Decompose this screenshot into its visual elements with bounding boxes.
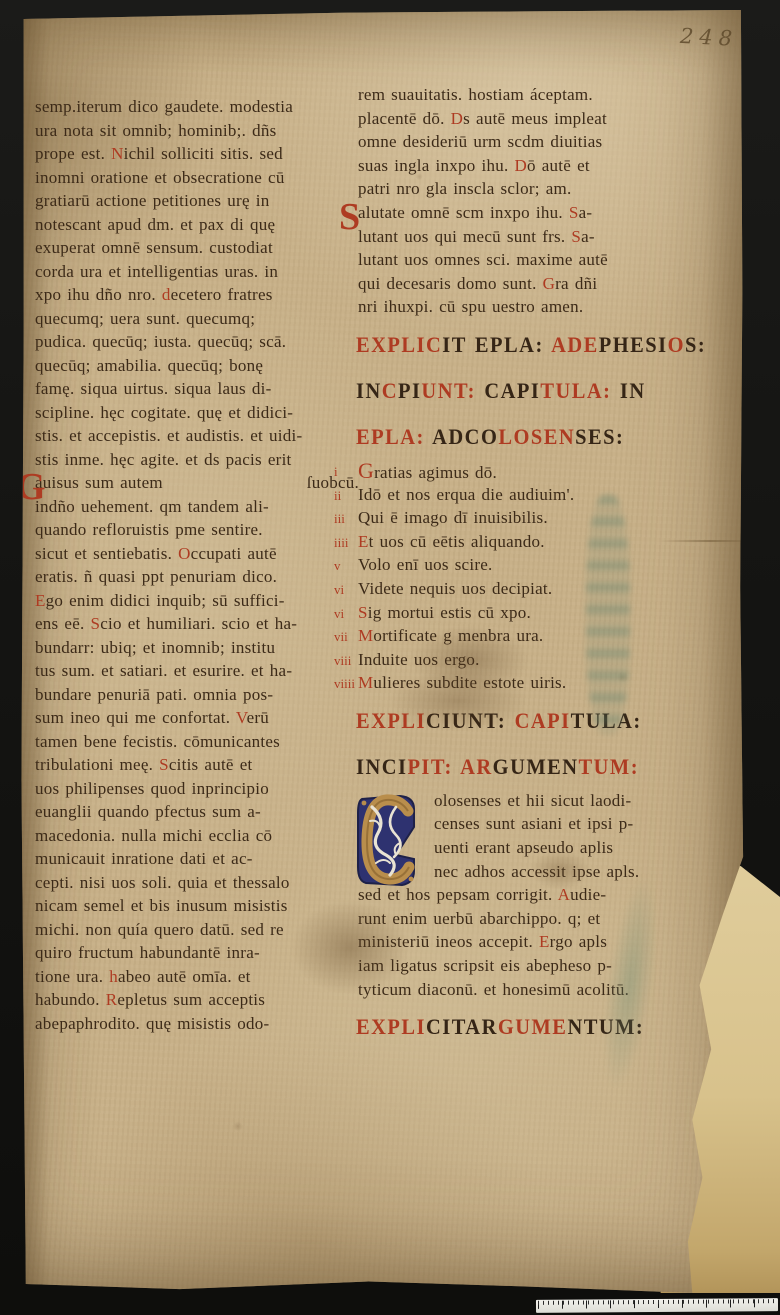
text-line: ens eē. Scio et humiliari. scio et ha- [35, 612, 363, 636]
text-line: sicut et sentiebatis. Occupati autē [35, 542, 363, 566]
text-line: iiiQui ē imago dī inuisibilis. [358, 506, 710, 530]
text-line: nicam semel et bis inusum misistis [35, 894, 363, 918]
text-line: tione ura. habeo autē omīa. et [35, 965, 363, 989]
text-line: nec adhos accessit ipse apls. [358, 860, 710, 884]
text-line: cepti. nisi uos soli. quia et thessalo [35, 871, 363, 895]
text-line: stis inme. hęc agite. et ds pacis erit [35, 448, 363, 472]
text-line: olosenses et hii sicut laodi- [358, 789, 710, 813]
rubric-line: EXPLICIUNT: CAPITULA: [356, 701, 685, 741]
text-column-left: semp.iterum dico gaudete. modestiaura no… [35, 95, 363, 1035]
fold-crease [660, 540, 760, 542]
chapter-numeral: vi [334, 602, 344, 626]
text-line: tamen bene fecistis. cōmunicantes [35, 730, 363, 754]
text-line: exuperat omnē sensum. custodiat [35, 236, 363, 260]
text-line: quecumq; uera sunt. quecumq; [35, 307, 363, 331]
chapter-numeral: i [334, 460, 338, 484]
text-line: uos philipenses quod inprincipio [35, 777, 363, 801]
text-line: viiiiMulieres subdite estote uiris. [358, 671, 710, 695]
text-line: quecūq; amabilia. quecūq; bonę [35, 354, 363, 378]
text-line: runt enim uerbū abarchippo. q; et [358, 907, 710, 931]
text-line: lutant uos omnes sci. maxime autē [358, 248, 710, 272]
text-line: pudica. quecūq; iusta. quecūq; scā. [35, 330, 363, 354]
text-line: patri nro gla inscla sclor; am. [358, 177, 710, 201]
text-line: abepaphrodito. quę misistis odo- [35, 1012, 363, 1036]
text-line: qui decesaris domo sunt. Gra dñi [358, 272, 710, 296]
text-line: euanglii quando pfectus sum a- [35, 800, 363, 824]
text-line: bundarr: ubiq; et inomnib; institu [35, 636, 363, 660]
rubric-line: EPLA: ADCOLOSENSES: [356, 417, 685, 457]
text-line: quando refloruistis pme sentire. [35, 518, 363, 542]
text-line: habundo. Repletus sum acceptis [35, 988, 363, 1012]
text-line: indño uehement. qm tandem ali- [35, 495, 363, 519]
text-line: tribulationi meę. Scitis autē et [35, 753, 363, 777]
scale-ruler [536, 1298, 778, 1313]
text-line: corda ura et intelligentias uras. in [35, 260, 363, 284]
text-line: iiiiEt uos cū eētis aliquando. [358, 530, 710, 554]
rubric-line: EXPLICIT EPLA: ADEPHESIOS: [356, 325, 685, 365]
text-line: placentē dō. Ds autē meus impleat [358, 107, 710, 131]
chapter-numeral: ii [334, 484, 341, 508]
line-filler-text: ſuobcū. [307, 471, 359, 495]
folio-number: 248 [679, 24, 760, 52]
text-line: stis. et accepistis. et audistis. et uid… [35, 424, 363, 448]
text-line: ura nota sit omnib; hominib;. dñs [35, 119, 363, 143]
text-line: Ego enim didici inquib; sū suffici- [35, 589, 363, 613]
chapter-numeral: vii [334, 625, 348, 649]
text-line: tus sum. et satiari. et esurire. et ha- [35, 659, 363, 683]
text-line: scipline. hęc cogitate. quę et didici- [35, 401, 363, 425]
text-line: sum ineo qui me confortat. Verū [35, 706, 363, 730]
chapter-numeral: iiii [334, 531, 348, 555]
text-line: tyticum diaconū. et honesimū acolitū. [358, 978, 710, 1002]
text-line: famę. siqua uirtus. siqua laus di- [35, 377, 363, 401]
text-line: vVolo enī uos scire. [358, 553, 710, 577]
rubric-line: INCIPIT: ARGUMENTUM: [356, 747, 685, 787]
parchment-page: 248 semp.iterum dico gaudete. modestiaur… [20, 10, 746, 1293]
text-line: rem suauitatis. hostiam áceptam. [358, 83, 710, 107]
chapter-numeral: viiii [334, 672, 355, 696]
text-line: notescant apud dm. et pax di quę [35, 213, 363, 237]
text-line: iiIdō et nos erqua die audiuim'. [358, 483, 710, 507]
text-line: inomni oratione et obsecratione cū [35, 166, 363, 190]
text-line: suas ingla inxpo ihu. Dō autē et [358, 154, 710, 178]
text-line: viiMortificate g menbra ura. [358, 624, 710, 648]
text-line: Salutate omnē scm inxpo ihu. Sa- [358, 201, 710, 225]
text-line: iam ligatus scripsit eis abepheso p- [358, 954, 710, 978]
text-line: viSig mortui estis cū xpo. [358, 601, 710, 625]
chapter-numeral: viii [334, 649, 351, 673]
text-line: michi. non quía quero datū. sed re [35, 918, 363, 942]
text-line: bundare penuriā pati. omnia pos- [35, 683, 363, 707]
rubric-line: INCPIUNT: CAPITULA: IN [356, 371, 685, 411]
text-column-right: C rem suauitatis. hostiam áceptam.placen… [358, 83, 710, 1049]
text-line: sed et hos pepsam corrigit. Audie- [358, 883, 710, 907]
text-line: quiro fructum habundantē inra- [35, 941, 363, 965]
text-line: omne desideriū urm scdm diuitias [358, 130, 710, 154]
text-line: Gauisus sum autemſuobcū. [35, 471, 363, 495]
text-line: viiiInduite uos ergo. [358, 648, 710, 672]
chapter-numeral: iii [334, 507, 345, 531]
text-line: xpo ihu dño nro. decetero fratres [35, 283, 363, 307]
text-line: iGratias agimus dō. [358, 459, 710, 483]
text-line: eratis. ñ quasi ppt penuriam dico. [35, 565, 363, 589]
text-line: gratiarū actione petitiones urę in [35, 189, 363, 213]
manuscript-photo: { "page": { "kind": "medieval manuscript… [0, 0, 780, 1315]
text-line: censes sunt asiani et ipsi p- [358, 812, 710, 836]
chapter-numeral: vi [334, 578, 344, 602]
text-line: viVidete nequis uos decipiat. [358, 577, 710, 601]
text-line: municauit inratione dati et ac- [35, 847, 363, 871]
text-line: uenti erant apseudo aplis [358, 836, 710, 860]
text-line: lutant uos qui mecū sunt frs. Sa- [358, 225, 710, 249]
text-line: semp.iterum dico gaudete. modestia [35, 95, 363, 119]
rubric-line: EXPLICITARGUMENTUM: [356, 1007, 685, 1047]
text-line: nri ihuxpi. cū spu uestro amen. [358, 295, 710, 319]
text-line: macedonia. nulla michi ecclia cō [35, 824, 363, 848]
text-line: ministeriū ineos accepit. Ergo apls [358, 930, 710, 954]
text-line: prope est. Nichil solliciti sitis. sed [35, 142, 363, 166]
chapter-numeral: v [334, 554, 341, 578]
